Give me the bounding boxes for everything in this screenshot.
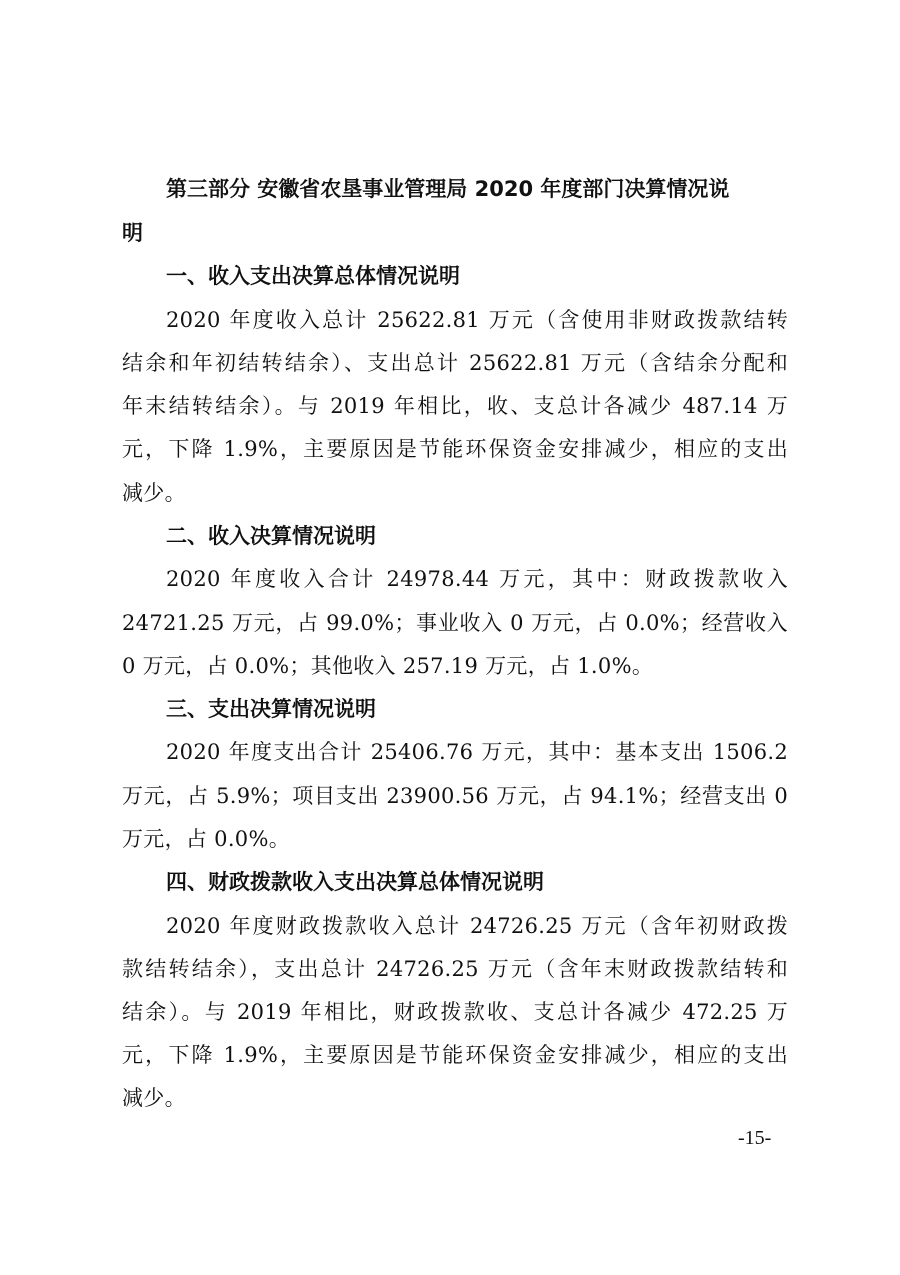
section-income-expense-overview: 一、收入支出决算总体情况说明 2020 年度收入总计 25622.81 万元（含… bbox=[122, 255, 788, 515]
page-number: -15- bbox=[738, 1127, 771, 1150]
paragraph-line: 2020 年度财政拨款收入总计 24726.25 万元（含年初财政拨 bbox=[122, 905, 788, 948]
section-expense: 三、支出决算情况说明 2020 年度支出合计 25406.76 万元，其中：基本… bbox=[122, 688, 788, 861]
document-title-line-2: 明 bbox=[122, 212, 788, 256]
document-content: 第三部分 安徽省农垦事业管理局 2020 年度部门决算情况说 明 一、收入支出决… bbox=[122, 168, 788, 1121]
section-heading: 二、收入决算情况说明 bbox=[122, 515, 788, 559]
section-fiscal-appropriation: 四、财政拨款收入支出决算总体情况说明 2020 年度财政拨款收入总计 24726… bbox=[122, 861, 788, 1121]
paragraph-line: 元，下降 1.9%，主要原因是节能环保资金安排减少，相应的支出 bbox=[122, 428, 788, 471]
section-heading: 一、收入支出决算总体情况说明 bbox=[122, 255, 788, 299]
paragraph-line: 2020 年度收入总计 25622.81 万元（含使用非财政拨款结转 bbox=[122, 299, 788, 342]
paragraph-line: 万元，占 0.0%。 bbox=[122, 818, 788, 861]
paragraph-line: 0 万元，占 0.0%；其他收入 257.19 万元，占 1.0%。 bbox=[122, 645, 788, 688]
section-heading: 四、财政拨款收入支出决算总体情况说明 bbox=[122, 861, 788, 905]
paragraph-line: 年末结转结余）。与 2019 年相比，收、支总计各减少 487.14 万 bbox=[122, 385, 788, 428]
document-title-line-1: 第三部分 安徽省农垦事业管理局 2020 年度部门决算情况说 bbox=[122, 168, 788, 212]
paragraph-line: 结余和年初结转结余）、支出总计 25622.81 万元（含结余分配和 bbox=[122, 342, 788, 385]
paragraph-line: 万元，占 5.9%；项目支出 23900.56 万元，占 94.1%；经营支出 … bbox=[122, 775, 788, 818]
document-page: 第三部分 安徽省农垦事业管理局 2020 年度部门决算情况说 明 一、收入支出决… bbox=[0, 0, 900, 1275]
paragraph-line: 24721.25 万元，占 99.0%；事业收入 0 万元，占 0.0%；经营收… bbox=[122, 602, 788, 645]
paragraph-line: 款结转结余），支出总计 24726.25 万元（含年末财政拨款结转和 bbox=[122, 948, 788, 991]
paragraph-line: 减少。 bbox=[122, 1077, 788, 1120]
paragraph-line: 2020 年度收入合计 24978.44 万元，其中：财政拨款收入 bbox=[122, 558, 788, 601]
paragraph-line: 元，下降 1.9%，主要原因是节能环保资金安排减少，相应的支出 bbox=[122, 1034, 788, 1077]
paragraph-line: 2020 年度支出合计 25406.76 万元，其中：基本支出 1506.2 bbox=[122, 731, 788, 774]
section-income: 二、收入决算情况说明 2020 年度收入合计 24978.44 万元，其中：财政… bbox=[122, 515, 788, 688]
section-heading: 三、支出决算情况说明 bbox=[122, 688, 788, 732]
paragraph-line: 结余）。与 2019 年相比，财政拨款收、支总计各减少 472.25 万 bbox=[122, 991, 788, 1034]
paragraph-line: 减少。 bbox=[122, 472, 788, 515]
